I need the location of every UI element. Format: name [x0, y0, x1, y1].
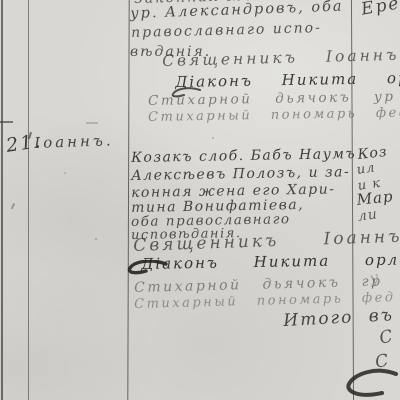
ink-tick: [11, 203, 15, 209]
column-rule-name: [127, 0, 129, 400]
godparents-column-fragment: ли: [357, 207, 379, 224]
prev-record-deacon-line: Діаконъ Никита орло: [175, 71, 400, 90]
child-name: Іоаннъ.: [34, 133, 114, 151]
row-separator-dash: [0, 121, 13, 123]
ink-flourish-signature: [344, 368, 400, 400]
prev-record-priest-line: Священникъ Іоаннъ С: [162, 47, 400, 70]
parents-line: Алексѣевъ Полозъ, и за-: [131, 165, 350, 183]
godparents-column-fragment: Коз: [357, 145, 388, 162]
paper-speck: [64, 172, 66, 174]
total-line-fragment: Итого въ ч: [283, 306, 400, 330]
column-rule-number: [28, 0, 29, 400]
ink-flourish-deacon: [126, 260, 170, 276]
parents-line: Козакъ слоб. Бабъ Наумъ: [131, 147, 356, 165]
prev-record-right-column-fragment: Ере: [360, 0, 400, 19]
deacon-line: Діаконъ Никита орло: [141, 252, 400, 272]
signature-fragment: С: [378, 328, 394, 347]
ink-flourish-deacon-top: [170, 87, 204, 99]
godparents-column-fragment: ил: [356, 161, 376, 176]
scanned-parish-register-page: Законная жена ур. Александровъ, оба прав…: [0, 0, 400, 400]
godparents-column-fragment: Мар: [356, 189, 394, 208]
paper-speck: [212, 137, 214, 139]
prev-record-ponomar-line: Стихарный пономарь фед: [148, 106, 400, 124]
column-rule-left-edge: [1, 0, 3, 400]
row-separator-dash-faint: [86, 122, 98, 124]
paper-speck: [95, 238, 97, 240]
prev-record-line: православнаго испо-: [131, 21, 322, 40]
